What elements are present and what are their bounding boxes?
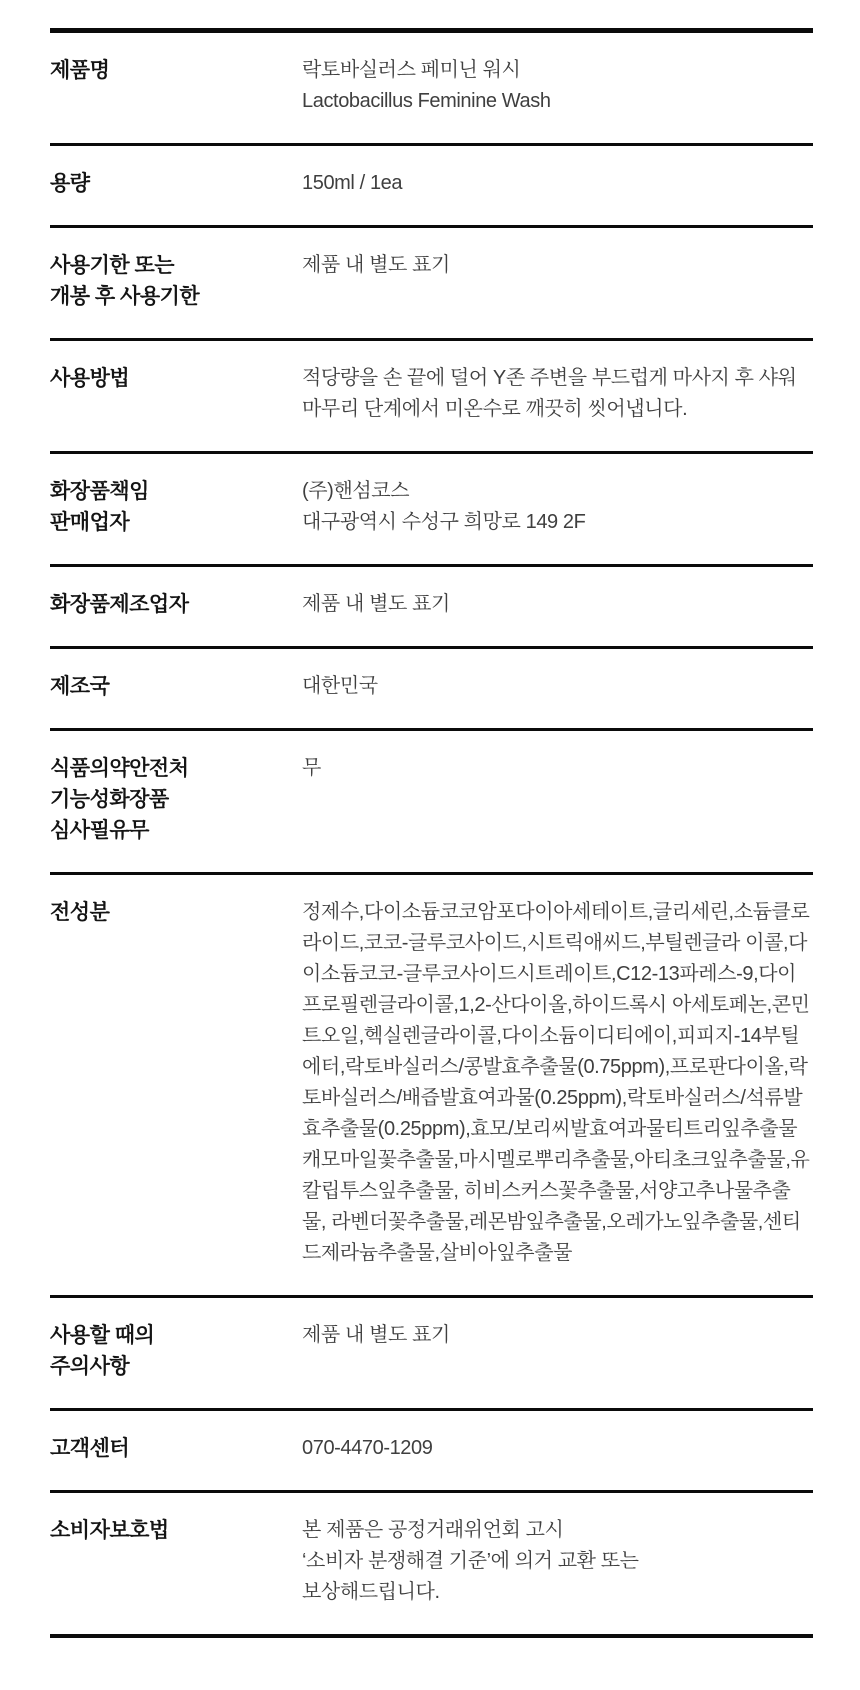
field-value-customer-center: 070-4470-1209 bbox=[302, 1411, 813, 1490]
field-value-precautions: 제품 내 별도 표기 bbox=[302, 1298, 813, 1377]
row-ingredients: 전성분 정제수,다이소듐코코암포다이아세테이트,글리세린,소듐클로라이드,코코-… bbox=[50, 875, 813, 1298]
row-mfds-functional-review: 식품의약안전처 기능성화장품 심사필유무 무 bbox=[50, 731, 813, 875]
field-label-ingredients: 전성분 bbox=[50, 875, 302, 954]
row-consumer-protection: 소비자보호법 본 제품은 공정거래위언회 고시 ‘소비자 분쟁해결 기준’에 의… bbox=[50, 1493, 813, 1634]
field-value-manufacturer: 제품 내 별도 표기 bbox=[302, 567, 813, 646]
field-label-consumer-protection: 소비자보호법 bbox=[50, 1493, 302, 1572]
field-label-usage: 사용방법 bbox=[50, 341, 302, 420]
field-value-ingredients: 정제수,다이소듐코코암포다이아세테이트,글리세린,소듐클로라이드,코코-글루코사… bbox=[302, 875, 813, 1295]
field-label-manufacturer: 화장품제조업자 bbox=[50, 567, 302, 646]
row-manufacturer: 화장품제조업자 제품 내 별도 표기 bbox=[50, 567, 813, 649]
row-usage: 사용방법 적당량을 손 끝에 덜어 Y존 주변을 부드럽게 마사지 후 샤워 마… bbox=[50, 341, 813, 454]
row-seller: 화장품책임 판매업자 (주)핸섬코스 대구광역시 수성구 희망로 149 2F bbox=[50, 454, 813, 567]
field-value-usage: 적당량을 손 끝에 덜어 Y존 주변을 부드럽게 마사지 후 샤워 마무리 단계… bbox=[302, 341, 813, 451]
row-product-name: 제품명 락토바실러스 페미닌 워시 Lactobacillus Feminine… bbox=[50, 33, 813, 146]
field-label-customer-center: 고객센터 bbox=[50, 1411, 302, 1490]
field-value-volume: 150ml / 1ea bbox=[302, 146, 813, 225]
field-value-country-of-origin: 대한민국 bbox=[302, 649, 813, 728]
row-volume: 용량 150ml / 1ea bbox=[50, 146, 813, 228]
field-label-expiration: 사용기한 또는 개봉 후 사용기한 bbox=[50, 228, 302, 338]
field-label-product-name: 제품명 bbox=[50, 33, 302, 112]
field-value-seller: (주)핸섬코스 대구광역시 수성구 희망로 149 2F bbox=[302, 454, 813, 564]
field-label-precautions: 사용할 때의 주의사항 bbox=[50, 1298, 302, 1408]
field-value-expiration: 제품 내 별도 표기 bbox=[302, 228, 813, 307]
row-expiration: 사용기한 또는 개봉 후 사용기한 제품 내 별도 표기 bbox=[50, 228, 813, 341]
row-country-of-origin: 제조국 대한민국 bbox=[50, 649, 813, 731]
field-value-product-name: 락토바실러스 페미닌 워시 Lactobacillus Feminine Was… bbox=[302, 33, 813, 143]
field-label-country-of-origin: 제조국 bbox=[50, 649, 302, 728]
field-value-mfds-functional-review: 무 bbox=[302, 731, 813, 810]
product-spec-table: 제품명 락토바실러스 페미닌 워시 Lactobacillus Feminine… bbox=[50, 28, 813, 1638]
field-value-consumer-protection: 본 제품은 공정거래위언회 고시 ‘소비자 분쟁해결 기준’에 의거 교환 또는… bbox=[302, 1493, 813, 1634]
row-precautions: 사용할 때의 주의사항 제품 내 별도 표기 bbox=[50, 1298, 813, 1411]
field-label-mfds-functional-review: 식품의약안전처 기능성화장품 심사필유무 bbox=[50, 731, 302, 872]
field-label-volume: 용량 bbox=[50, 146, 302, 225]
row-customer-center: 고객센터 070-4470-1209 bbox=[50, 1411, 813, 1493]
field-label-seller: 화장품책임 판매업자 bbox=[50, 454, 302, 564]
